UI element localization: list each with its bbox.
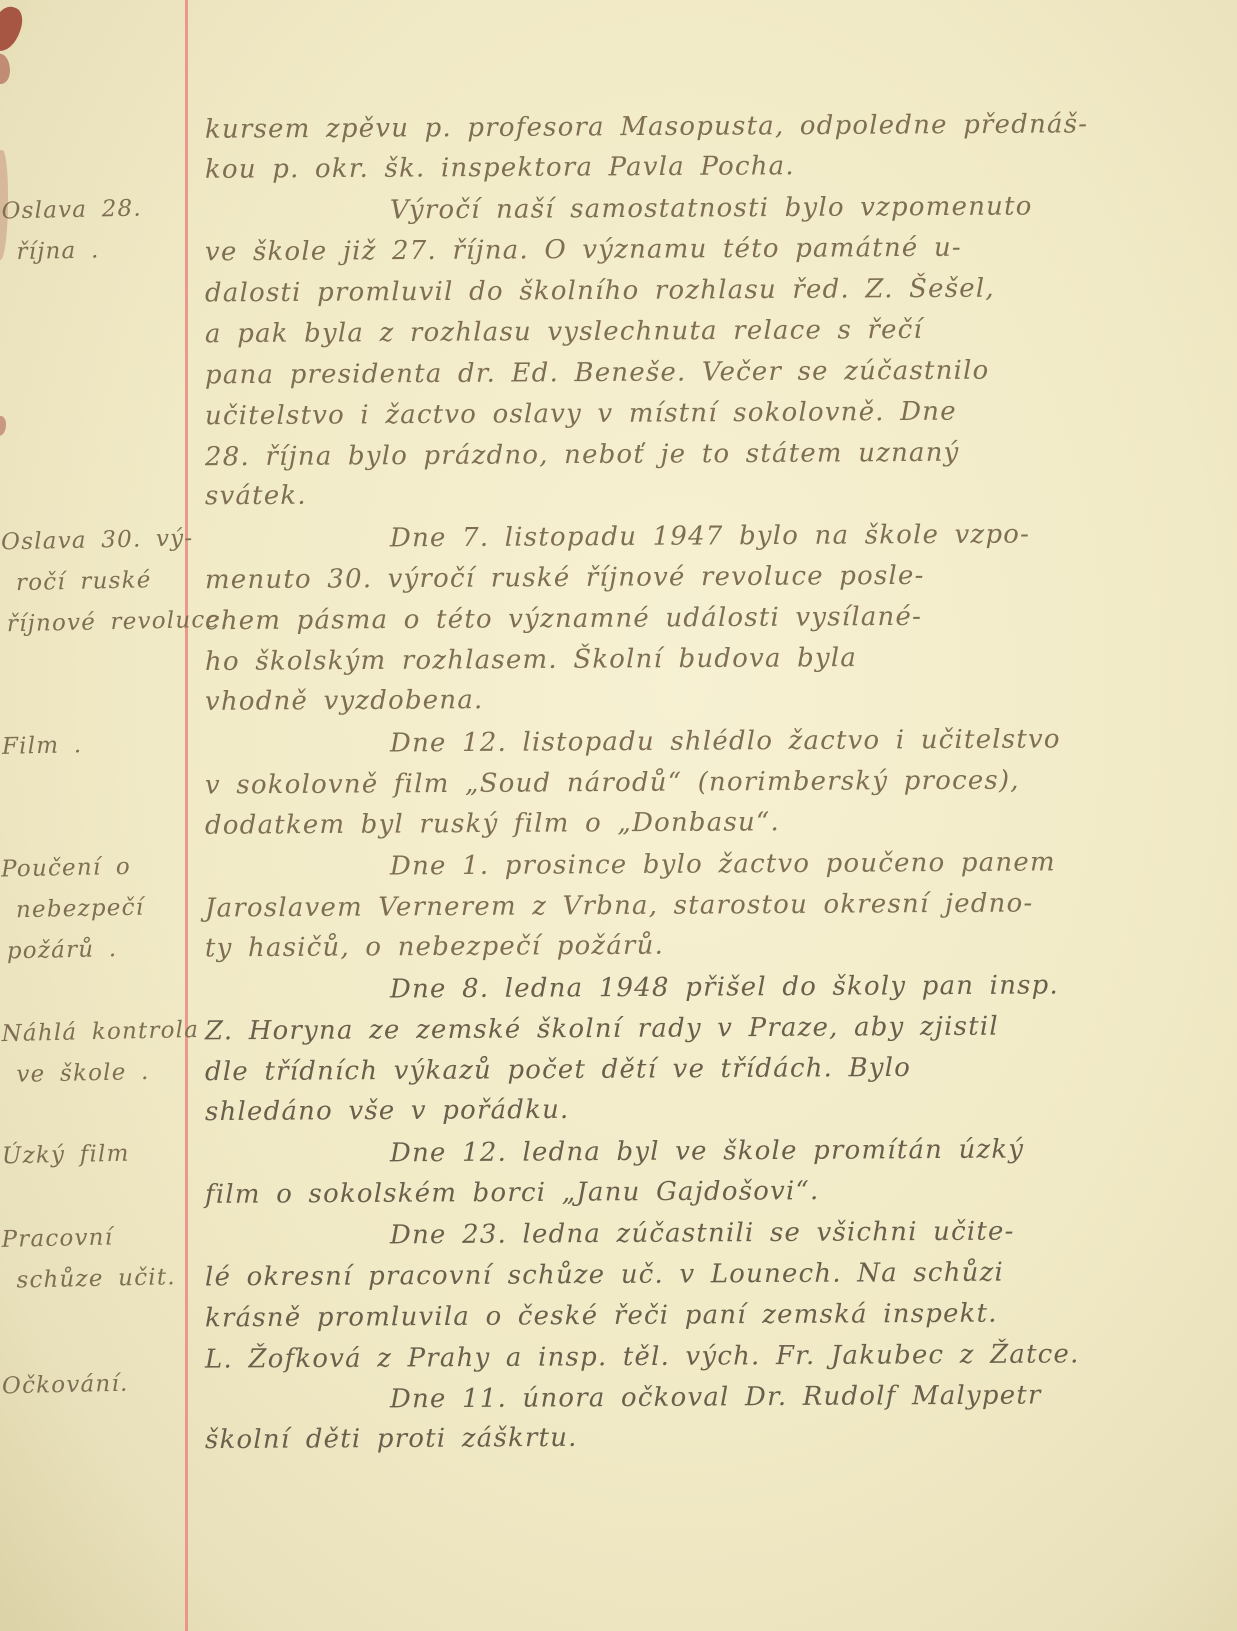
handwritten-line: v sokolovně film „Soud národů“ (norimber… [205, 766, 1020, 801]
handwritten-line: menuto 30. výročí ruské říjnové revoluce… [205, 561, 925, 595]
margin-note: Film . [2, 725, 83, 768]
handwritten-line: Dne 7. listopadu 1947 bylo na škole vzpo… [205, 519, 1030, 554]
margin-note-line: schůze učit. [2, 1257, 176, 1302]
margin-note-line: požárů . [2, 929, 145, 973]
handwritten-line: Výročí naší samostatnosti bylo vzpomenut… [205, 191, 1033, 226]
handwritten-line: dalosti promluvil do školního rozhlasu ř… [205, 274, 995, 309]
margin-note: Náhlá kontrolave škole . [1, 1010, 200, 1096]
handwritten-line: chem pásma o této významné události vysí… [205, 602, 922, 636]
handwritten-line: ty hasičů, o nebezpečí požárů. [205, 931, 664, 964]
chronicle-page: Oslava 28.října .Oslava 30. vý-ročí rusk… [0, 0, 1237, 1631]
margin-note-line: Pracovní [1, 1216, 175, 1261]
handwritten-line: Dne 12. listopadu shlédlo žactvo i učite… [205, 724, 1061, 759]
handwritten-line: L. Žofková z Prahy a insp. těl. vých. Fr… [205, 1339, 1080, 1374]
handwritten-line: lé okresní pracovní schůze uč. v Lounech… [205, 1258, 1004, 1293]
margin-note: Pracovníschůze učit. [1, 1216, 176, 1302]
margin-notes-column: Oslava 28.října .Oslava 30. vý-ročí rusk… [0, 0, 185, 1631]
margin-note-line: Poučení o [1, 847, 144, 891]
handwritten-line: učitelstvo i žactvo oslavy v místní soko… [205, 397, 957, 432]
margin-note-line: nebezpečí [2, 888, 145, 932]
handwritten-line: Dne 23. ledna zúčastnili se všichni učit… [205, 1217, 1015, 1252]
handwritten-line: Dne 1. prosince bylo žactvo poučeno pane… [205, 847, 1056, 882]
handwritten-line: Dne 8. ledna 1948 přišel do školy pan in… [205, 970, 1059, 1005]
handwritten-line: ho školským rozhlasem. Školní budova byl… [205, 643, 857, 677]
handwritten-line: dle třídních výkazů počet dětí ve třídác… [205, 1053, 911, 1087]
handwritten-line: pana presidenta dr. Ed. Beneše. Večer se… [205, 356, 990, 391]
margin-note-line: října . [2, 230, 143, 274]
handwritten-line: Jaroslavem Vernerem z Vrbna, starostou o… [205, 888, 1034, 923]
handwritten-line: shledáno vše v pořádku. [205, 1095, 570, 1127]
margin-note: Poučení onebezpečípožárů . [1, 847, 146, 973]
handwritten-line: kou p. okr. šk. inspektora Pavla Pocha. [205, 151, 795, 185]
margin-note-line: Film . [2, 725, 83, 768]
handwritten-line: svátek. [205, 481, 307, 512]
handwritten-line: Dne 11. února očkoval Dr. Rudolf Malypet… [205, 1380, 1042, 1415]
handwritten-line: krásně promluvila o české řeči paní zems… [205, 1299, 998, 1334]
handwritten-line: Z. Horyna ze zemské školní rady v Praze,… [205, 1012, 999, 1047]
handwritten-line: školní děti proti záškrtu. [205, 1423, 578, 1455]
margin-note-line: ve škole . [2, 1051, 200, 1096]
handwritten-line: Dne 12. ledna byl ve škole promítán úzký [205, 1134, 1024, 1169]
handwritten-line: vhodně vyzdobena. [205, 685, 484, 717]
margin-note: Úzký film [2, 1134, 130, 1178]
margin-note: Očkování. [2, 1364, 129, 1408]
margin-note-line: Očkování. [2, 1364, 129, 1408]
margin-note: Oslava 28.října . [1, 189, 143, 274]
handwritten-line: ve škole již 27. října. O významu této p… [205, 233, 962, 268]
margin-note-line: Úzký film [2, 1134, 130, 1178]
handwritten-line: kursem zpěvu p. profesora Masopusta, odp… [205, 109, 1088, 144]
handwritten-text-column: kursem zpěvu p. profesora Masopusta, odp… [185, 0, 1237, 1631]
handwritten-line: 28. října bylo prázdno, neboť je to stát… [205, 438, 960, 473]
handwritten-line: dodatkem byl ruský film o „Donbasu“. [205, 807, 780, 841]
handwritten-line: film o sokolském borci „Janu Gajdošovi“. [205, 1176, 820, 1210]
handwritten-line: a pak byla z rozhlasu vyslechnuta relace… [205, 315, 923, 349]
margin-note-line: Oslava 28. [1, 189, 142, 233]
margin-note-line: Náhlá kontrola [1, 1010, 199, 1055]
